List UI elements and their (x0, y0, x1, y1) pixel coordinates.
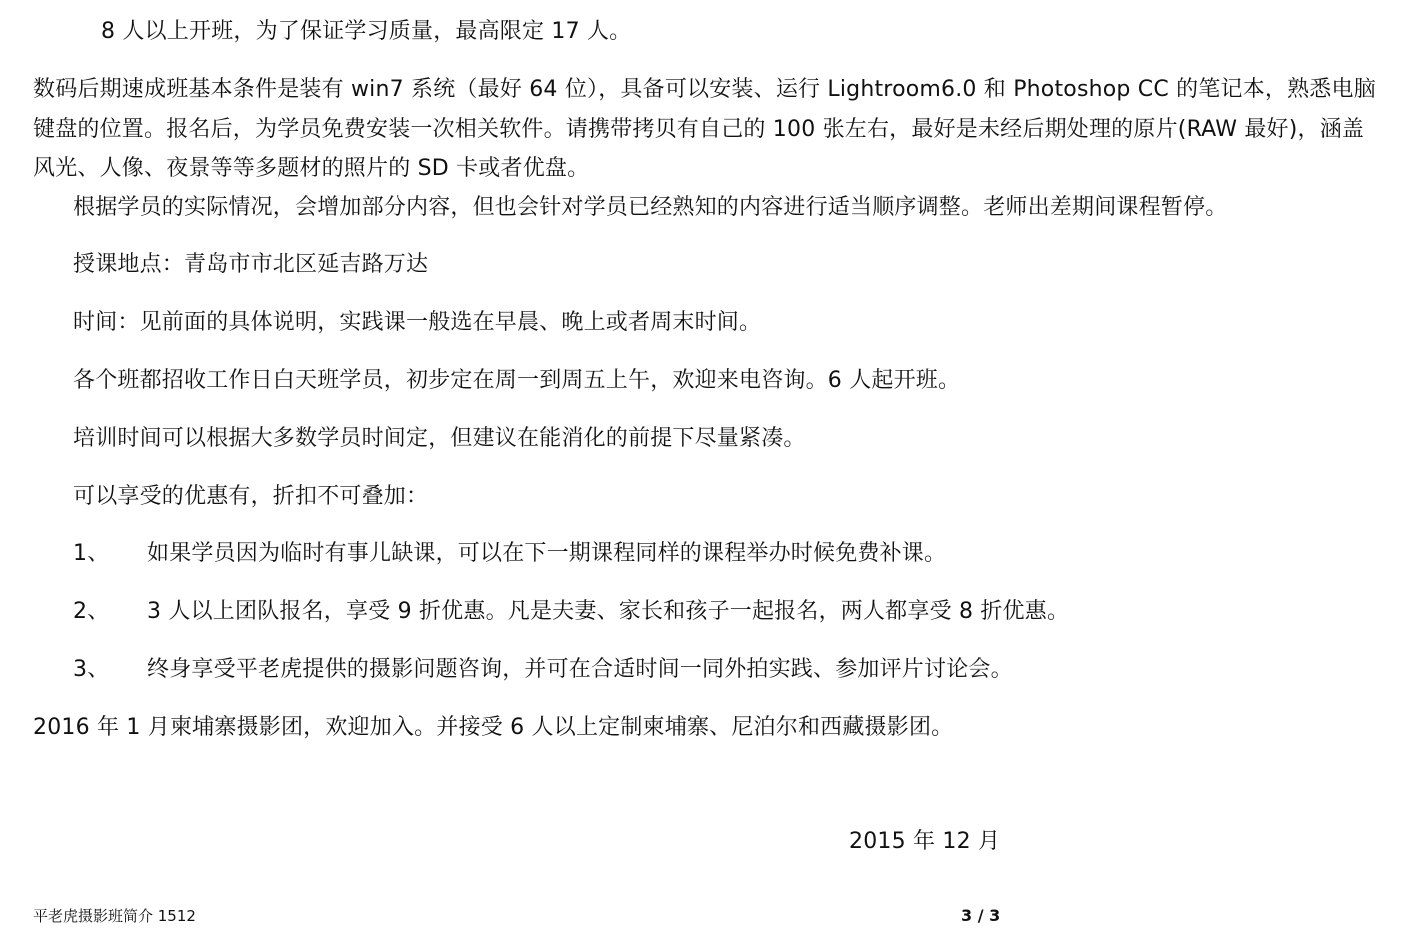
requirements-line-3: 风光、人像、夜景等等多题材的照片的 SD 卡或者优盘。 (33, 154, 589, 184)
document-date: 2015 年 12 月 (849, 827, 1000, 857)
list-text: 如果学员因为临时有事儿缺课，可以在下一期课程同样的课程举办时候免费补课。 (147, 541, 946, 566)
list-number: 1、 (73, 539, 147, 569)
intro-line: 8 人以上开班，为了保证学习质量，最高限定 17 人。 (101, 17, 631, 47)
list-number: 3、 (73, 655, 147, 685)
requirements-line-2: 键盘的位置。报名后，为学员免费安装一次相关软件。请携带拷贝有自己的 100 张左… (33, 115, 1364, 145)
discount-title: 可以享受的优惠有，折扣不可叠加： (73, 482, 428, 512)
time-info: 时间：见前面的具体说明，实践课一般选在早晨、晚上或者周末时间。 (73, 308, 761, 338)
tour-note: 2016 年 1 月柬埔寨摄影团，欢迎加入。并接受 6 人以上定制柬埔寨、尼泊尔… (33, 713, 953, 743)
page-indicator: 3 / 3 (961, 906, 1000, 926)
discount-item-1: 1、如果学员因为临时有事儿缺课，可以在下一期课程同样的课程举办时候免费补课。 (73, 539, 946, 569)
discount-item-2: 2、3 人以上团队报名，享受 9 折优惠。凡是夫妻、家长和孩子一起报名，两人都享… (73, 597, 1069, 627)
adjust-note: 根据学员的实际情况，会增加部分内容，但也会针对学员已经熟知的内容进行适当顺序调整… (73, 193, 1227, 223)
location: 授课地点：青岛市市北区延吉路万达 (73, 250, 428, 280)
discount-item-3: 3、终身享受平老虎提供的摄影问题咨询，并可在合适时间一同外拍实践、参加评片讨论会… (73, 655, 1013, 685)
weekday-class: 各个班都招收工作日白天班学员，初步定在周一到周五上午，欢迎来电咨询。6 人起开班… (73, 366, 960, 396)
list-number: 2、 (73, 597, 147, 627)
footer-doc-name: 平老虎摄影班简介 1512 (33, 906, 196, 926)
list-text: 终身享受平老虎提供的摄影问题咨询，并可在合适时间一同外拍实践、参加评片讨论会。 (147, 657, 1013, 682)
list-text: 3 人以上团队报名，享受 9 折优惠。凡是夫妻、家长和孩子一起报名，两人都享受 … (147, 599, 1069, 624)
training-time: 培训时间可以根据大多数学员时间定，但建议在能消化的前提下尽量紧凑。 (73, 424, 806, 454)
requirements-line-1: 数码后期速成班基本条件是装有 win7 系统（最好 64 位），具备可以安装、运… (33, 75, 1376, 105)
